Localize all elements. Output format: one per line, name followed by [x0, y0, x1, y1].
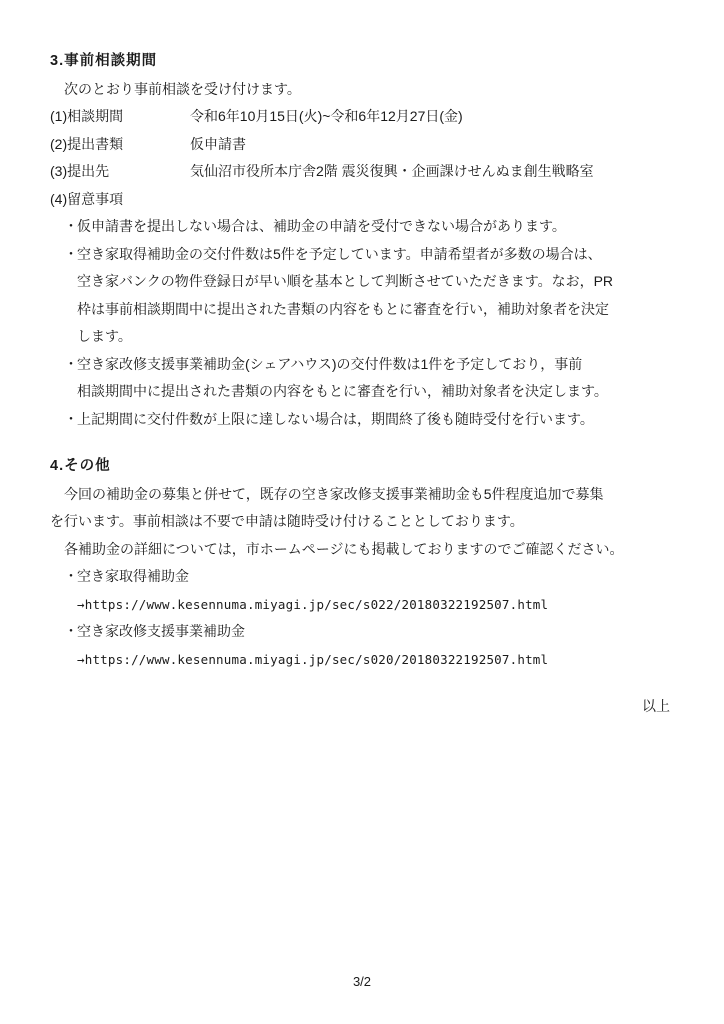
closing-mark: 以上 [50, 693, 672, 721]
item-submission-place: (3)提出先気仙沼市役所本庁舎2階 震災復興・企画課けせんぬま創生戦略室 [50, 158, 672, 186]
subsidy-link-url: →https://www.kesennuma.miyagi.jp/sec/s02… [50, 646, 672, 674]
bullet-icon: ・ [64, 406, 77, 434]
subsidy-link-url: →https://www.kesennuma.miyagi.jp/sec/s02… [50, 591, 672, 619]
bullet-icon: ・ [64, 241, 77, 269]
note-item: ・空き家改修支援事業補助金(シェアハウス)の交付件数は1件を予定しており，事前 [50, 351, 672, 379]
item-label: (4)留意事項 [50, 186, 190, 214]
subsidy-link-label: 空き家改修支援事業補助金 [77, 623, 245, 639]
document-page: 3.事前相談期間 次のとおり事前相談を受け付けます。 (1)相談期間令和6年10… [0, 0, 724, 1024]
item-consultation-period: (1)相談期間令和6年10月15日(火)~令和6年12月27日(金) [50, 103, 672, 131]
note-item: ・仮申請書を提出しない場合は、補助金の申請を受付できない場合があります。 [50, 213, 672, 241]
note-item: ・空き家取得補助金の交付件数は5件を予定しています。申請希望者が多数の場合は、 [50, 241, 672, 269]
item-value: 気仙沼市役所本庁舎2階 震災復興・企画課けせんぬま創生戦略室 [190, 158, 594, 186]
page-number: 3/2 [0, 972, 724, 992]
note-text: 仮申請書を提出しない場合は、補助金の申請を受付できない場合があります。 [77, 218, 566, 234]
document-content: 3.事前相談期間 次のとおり事前相談を受け付けます。 (1)相談期間令和6年10… [50, 48, 672, 721]
bullet-icon: ・ [64, 351, 77, 379]
bullet-icon: ・ [64, 618, 77, 646]
item-submission-documents: (2)提出書類仮申請書 [50, 131, 672, 159]
closing-gap [50, 673, 672, 693]
bullet-icon: ・ [64, 563, 77, 591]
subsidy-link-item: ・空き家取得補助金 [50, 563, 672, 591]
subsidy-link-label: 空き家取得補助金 [77, 568, 189, 584]
item-notes-heading: (4)留意事項 [50, 186, 672, 214]
section-3-intro: 次のとおり事前相談を受け付けます。 [50, 76, 672, 104]
note-text-continuation: 空き家バンクの物件登録日が早い順を基本として判断させていただきます。なお，PR [50, 268, 672, 296]
item-value: 仮申請書 [190, 131, 246, 159]
section-3-heading: 3.事前相談期間 [50, 48, 672, 76]
section-gap [50, 433, 672, 453]
bullet-icon: ・ [64, 213, 77, 241]
note-text: 空き家改修支援事業補助金(シェアハウス)の交付件数は1件を予定しており，事前 [77, 356, 582, 372]
note-text-continuation: 相談期間中に提出された書類の内容をもとに審査を行い，補助対象者を決定します。 [50, 378, 672, 406]
note-item: ・上記期間に交付件数が上限に達しない場合は，期間終了後も随時受付を行います。 [50, 406, 672, 434]
item-label: (1)相談期間 [50, 103, 190, 131]
paragraph-line: 各補助金の詳細については，市ホームページにも掲載しておりますのでご確認ください。 [50, 536, 672, 564]
item-label: (2)提出書類 [50, 131, 190, 159]
section-4-heading: 4.その他 [50, 453, 672, 481]
item-label: (3)提出先 [50, 158, 190, 186]
item-value: 令和6年10月15日(火)~令和6年12月27日(金) [190, 103, 463, 131]
note-text-continuation: します。 [50, 323, 672, 351]
note-text: 上記期間に交付件数が上限に達しない場合は，期間終了後も随時受付を行います。 [77, 411, 594, 427]
subsidy-link-item: ・空き家改修支援事業補助金 [50, 618, 672, 646]
note-text: 空き家取得補助金の交付件数は5件を予定しています。申請希望者が多数の場合は、 [77, 246, 602, 262]
paragraph-line: 今回の補助金の募集と併せて，既存の空き家改修支援事業補助金も5件程度追加で募集 [50, 481, 672, 509]
paragraph-line: を行います。事前相談は不要で申請は随時受け付けることとしております。 [50, 508, 672, 536]
note-text-continuation: 枠は事前相談期間中に提出された書類の内容をもとに審査を行い，補助対象者を決定 [50, 296, 672, 324]
